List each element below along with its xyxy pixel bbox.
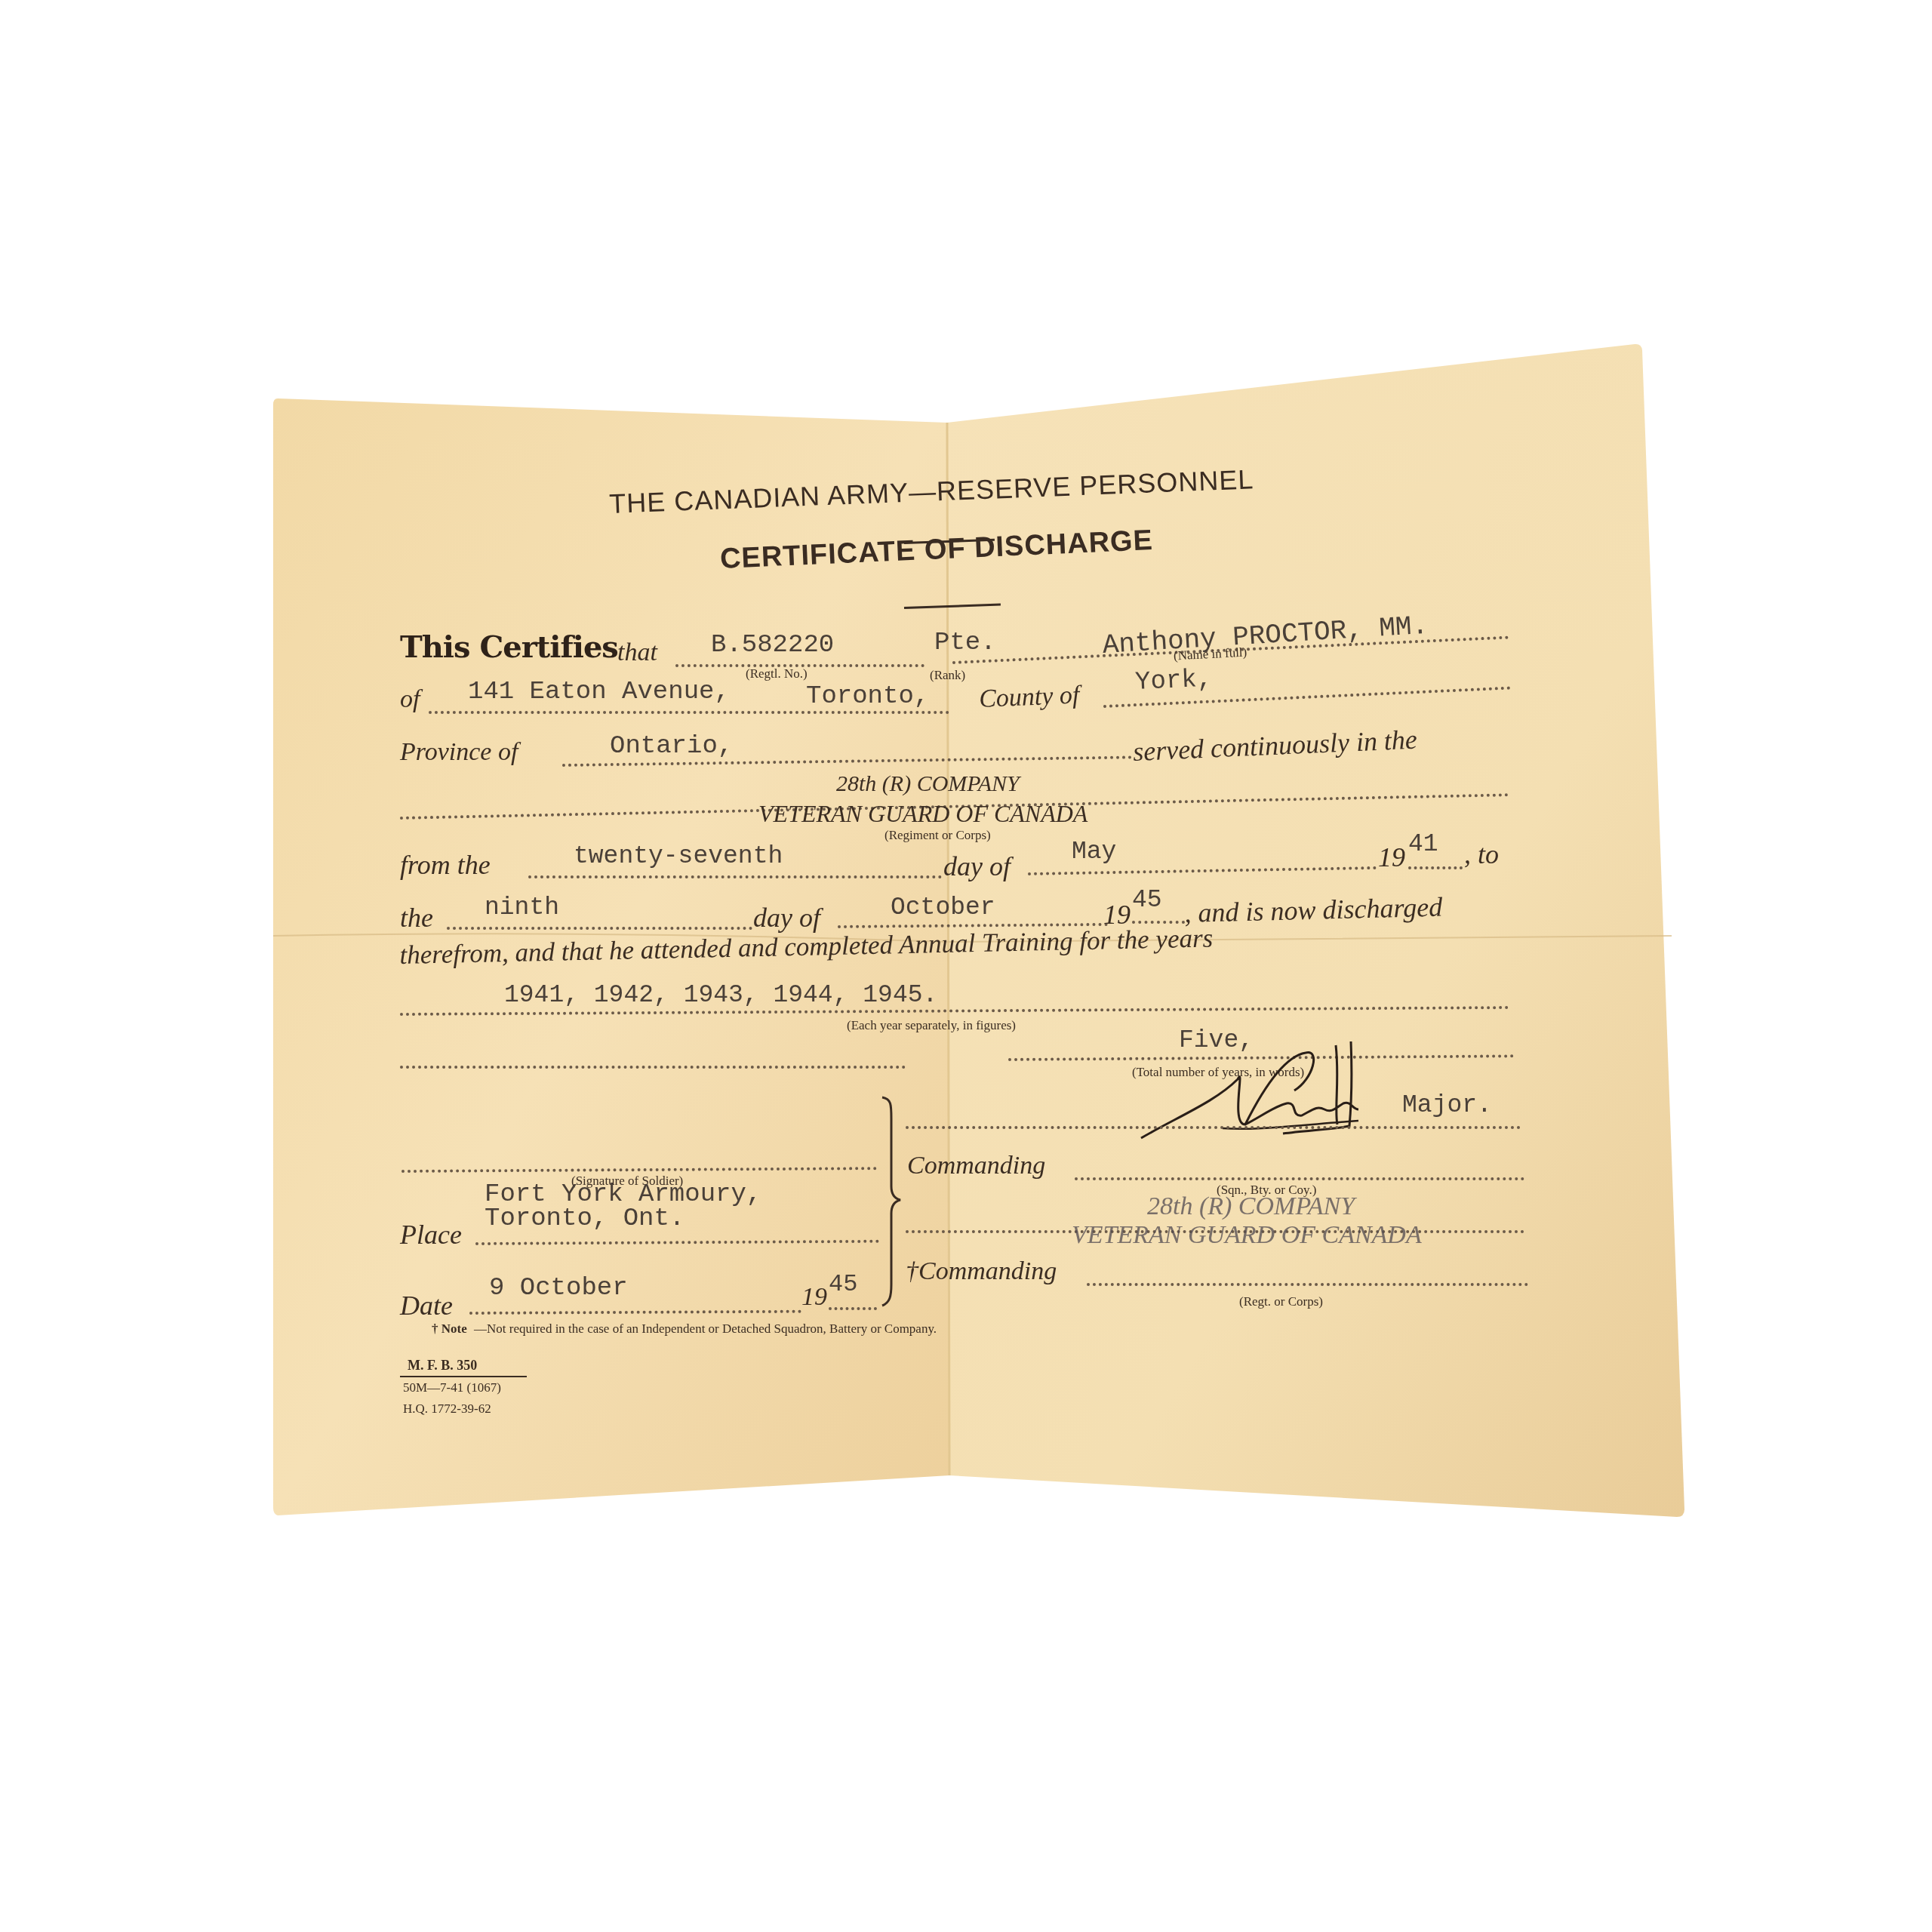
to-label: , to xyxy=(1464,841,1499,868)
stamp-line2: VETERAN GUARD OF CANADA xyxy=(1072,1223,1422,1248)
line-to-year xyxy=(1132,921,1185,924)
years-label: (Each year separately, in figures) xyxy=(847,1019,1016,1032)
officer-rank-value: Major. xyxy=(1402,1093,1492,1118)
line-address xyxy=(429,711,949,714)
line-from-year xyxy=(1408,866,1463,869)
certifies-intro: This Certifies xyxy=(400,632,618,663)
line-from-day xyxy=(528,875,942,878)
date-year-suffix: 45 xyxy=(829,1272,857,1297)
line-blank-left xyxy=(400,1066,906,1069)
from-day-value: twenty-seventh xyxy=(574,844,783,869)
county-value: York, xyxy=(1135,667,1213,696)
place-line2-value: Toronto, Ont. xyxy=(485,1206,685,1232)
province-value: Ontario, xyxy=(610,734,733,759)
regtl-no-label: (Regtl. No.) xyxy=(746,667,808,680)
paper-sheet xyxy=(0,0,1932,1932)
province-label: Province of xyxy=(400,740,518,765)
place-label: Place xyxy=(400,1221,462,1248)
line-officer xyxy=(906,1126,1521,1129)
regiment-label: (Regiment or Corps) xyxy=(884,829,991,841)
city-value: Toronto, xyxy=(806,684,929,709)
to-day-value: ninth xyxy=(485,895,559,920)
note-text: —Not required in the case of an Independ… xyxy=(474,1322,937,1335)
unit-line2: VETERAN GUARD OF CANADA xyxy=(758,801,1088,826)
hq-code: H.Q. 1772-39-62 xyxy=(403,1402,491,1415)
place-line1-value: Fort York Armoury, xyxy=(485,1182,761,1207)
bracket xyxy=(879,1096,909,1307)
county-label: County of xyxy=(979,682,1080,712)
commanding2-label: †Commanding xyxy=(906,1259,1057,1284)
from-year-prefix: 19 xyxy=(1378,844,1405,871)
commanding-label: Commanding xyxy=(907,1153,1045,1179)
form-number: M. F. B. 350 xyxy=(408,1358,477,1372)
line-date-year xyxy=(829,1307,877,1310)
unit-line1: 28th (R) COMPANY xyxy=(836,773,1020,795)
to-year-prefix: 19 xyxy=(1103,901,1131,928)
from-label: from the xyxy=(400,851,491,878)
to-year-suffix: 45 xyxy=(1132,888,1162,912)
discharged-text: , and is now discharged xyxy=(1184,894,1442,927)
rank-value: Pte. xyxy=(934,630,996,656)
line-to-day xyxy=(447,927,752,930)
from-dayof-label: day of xyxy=(943,853,1011,880)
training-years-value: 1941, 1942, 1943, 1944, 1945. xyxy=(504,983,937,1008)
note-mark: † Note xyxy=(432,1322,467,1335)
to-dayof-label: day of xyxy=(753,904,820,931)
the-label: the xyxy=(400,904,433,931)
rank-label: (Rank) xyxy=(930,669,965,681)
that-label: that xyxy=(617,640,657,666)
officer-signature xyxy=(1132,1034,1404,1147)
date-label: Date xyxy=(400,1292,453,1319)
regt-label: (Regt. or Corps) xyxy=(1239,1295,1323,1308)
print-code: 50M—7-41 (1067) xyxy=(403,1381,501,1394)
from-year-suffix: 41 xyxy=(1408,832,1438,857)
date-value: 9 October xyxy=(489,1275,628,1301)
from-month-value: May xyxy=(1072,839,1116,864)
date-year-prefix: 19 xyxy=(801,1284,827,1310)
to-month-value: October xyxy=(891,895,995,920)
street-value: 141 Eaton Avenue, xyxy=(468,679,730,705)
regtl-no-value: B.582220 xyxy=(711,632,834,658)
stamp-line1: 28th (R) COMPANY xyxy=(1147,1194,1355,1220)
line-commanding2 xyxy=(1087,1283,1528,1286)
of-label: of xyxy=(400,687,420,712)
form-divider xyxy=(400,1376,527,1377)
line-commanding xyxy=(1075,1177,1524,1180)
